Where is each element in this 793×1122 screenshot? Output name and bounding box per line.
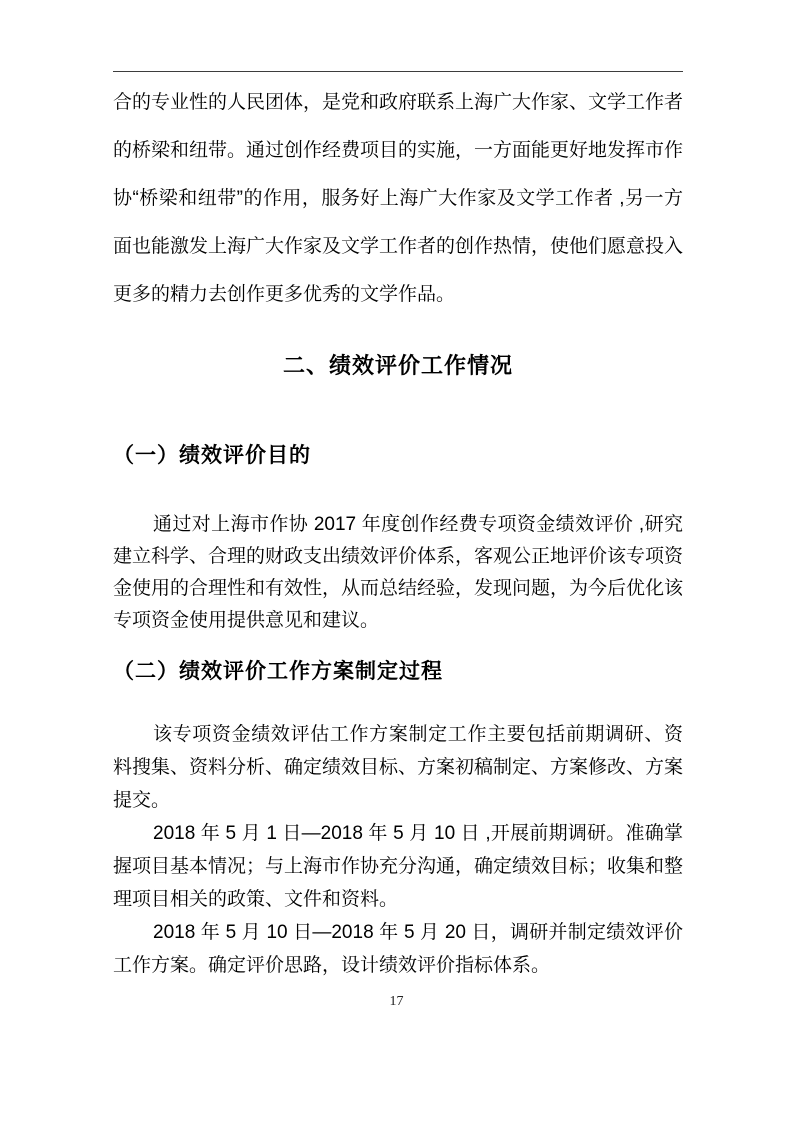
page-content-column: 合的专业性的人民团体，是党和政府联系上海广大作家、文学工作者的桥梁和纽带。通过创… [113, 0, 683, 982]
subsection-2-paragraph-1: 该专项资金绩效评估工作方案制定工作主要包括前期调研、资料搜集、资料分析、确定绩效… [113, 718, 683, 817]
document-page: 合的专业性的人民团体，是党和政府联系上海广大作家、文学工作者的桥梁和纽带。通过创… [0, 0, 793, 1122]
subsection-1-paragraph: 通过对上海市作协 2017 年度创作经费专项资金绩效评价 ,研究建立科学、合理的… [113, 509, 683, 637]
subsection-2-heading: （二）绩效评价工作方案制定过程 [113, 659, 683, 685]
page-number: 17 [0, 994, 793, 1010]
subsection-2-paragraph-2: 2018 年 5 月 1 日—2018 年 5 月 10 日 ,开展前期调研。准… [113, 817, 683, 916]
header-rule [113, 71, 683, 72]
continued-paragraph: 合的专业性的人民团体，是党和政府联系上海广大作家、文学工作者的桥梁和纽带。通过创… [113, 79, 683, 319]
subsection-2-paragraph-3: 2018 年 5 月 10 日—2018 年 5 月 20 日，调研并制定绩效评… [113, 916, 683, 982]
section-heading: 二、绩效评价工作情况 [113, 353, 683, 379]
subsection-1-heading: （一）绩效评价目的 [113, 443, 683, 469]
